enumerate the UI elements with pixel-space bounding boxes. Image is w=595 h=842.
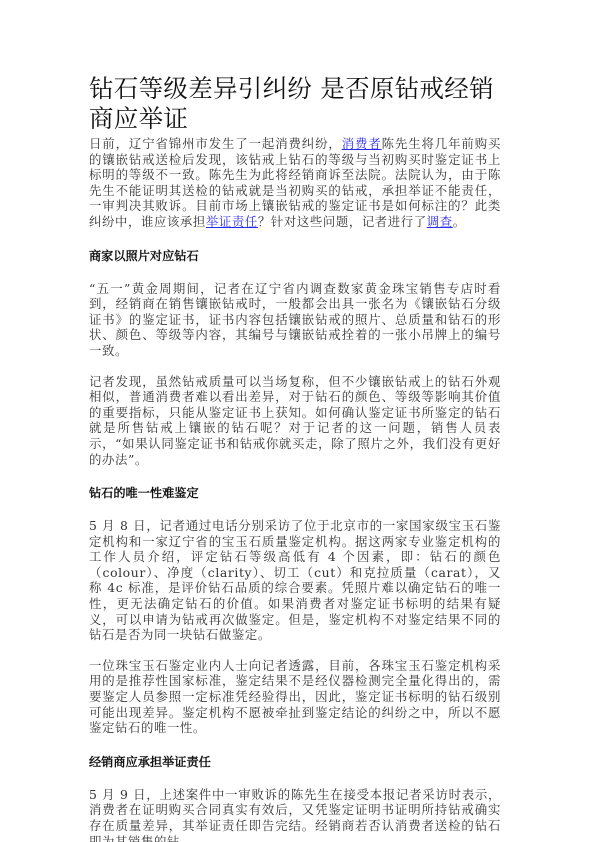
consumer-link[interactable]: 消费者 (342, 136, 382, 151)
section-dealer-burden: 经销商应承担举证责任 5 月 9 日，上述案件中一审败诉的陈先生在接受本报记者采… (89, 754, 501, 842)
paragraph: 5 月 9 日，上述案件中一审败诉的陈先生在接受本报记者采访时表示，消费者在证明… (89, 787, 501, 842)
paragraph: “五一”黄金周期间，记者在辽宁省内调查数家黄金珠宝销售专店时看到，经销商在销售镶… (89, 281, 501, 359)
section-photo-matching: 商家以照片对应钻石 “五一”黄金周期间，记者在辽宁省内调查数家黄金珠宝销售专店时… (89, 248, 501, 468)
burden-of-proof-link[interactable]: 举证责任 (206, 214, 258, 229)
intro-text-1: 日前，辽宁省锦州市发生了一起消费纠纷， (89, 136, 342, 151)
section-uniqueness: 钻石的唯一性难鉴定 5 月 8 日，记者通过电话分别采访了位于北京市的一家国家级… (89, 485, 501, 736)
paragraph: 5 月 8 日，记者通过电话分别采访了位于北京市的一家国家级宝玉石鉴定机构和一家… (89, 518, 501, 643)
section-heading: 经销商应承担举证责任 (89, 754, 501, 770)
section-heading: 钻石的唯一性难鉴定 (89, 485, 501, 501)
intro-text-3: ？针对这些问题，记者进行了 (258, 214, 427, 229)
paragraph: 一位珠宝玉石鉴定业内人士向记者透露，目前，各珠宝玉石鉴定机构采用的是推荐性国家标… (89, 658, 501, 736)
investigation-link[interactable]: 调查 (427, 214, 453, 229)
document-page: 钻石等级差异引纠纷 是否原钻戒经销商应举证 日前，辽宁省锦州市发生了一起消费纠纷… (89, 74, 501, 842)
intro-paragraph: 日前，辽宁省锦州市发生了一起消费纠纷，消费者陈先生将几年前购买的镶嵌钻戒送检后发… (89, 136, 501, 230)
paragraph: 记者发现，虽然钻戒质量可以当场复称，但不少镶嵌钻戒上的钻石外观相似，普通消费者难… (89, 374, 501, 468)
article-title: 钻石等级差异引纠纷 是否原钻戒经销商应举证 (89, 74, 501, 134)
section-heading: 商家以照片对应钻石 (89, 248, 501, 264)
intro-text-4: 。 (453, 214, 466, 229)
